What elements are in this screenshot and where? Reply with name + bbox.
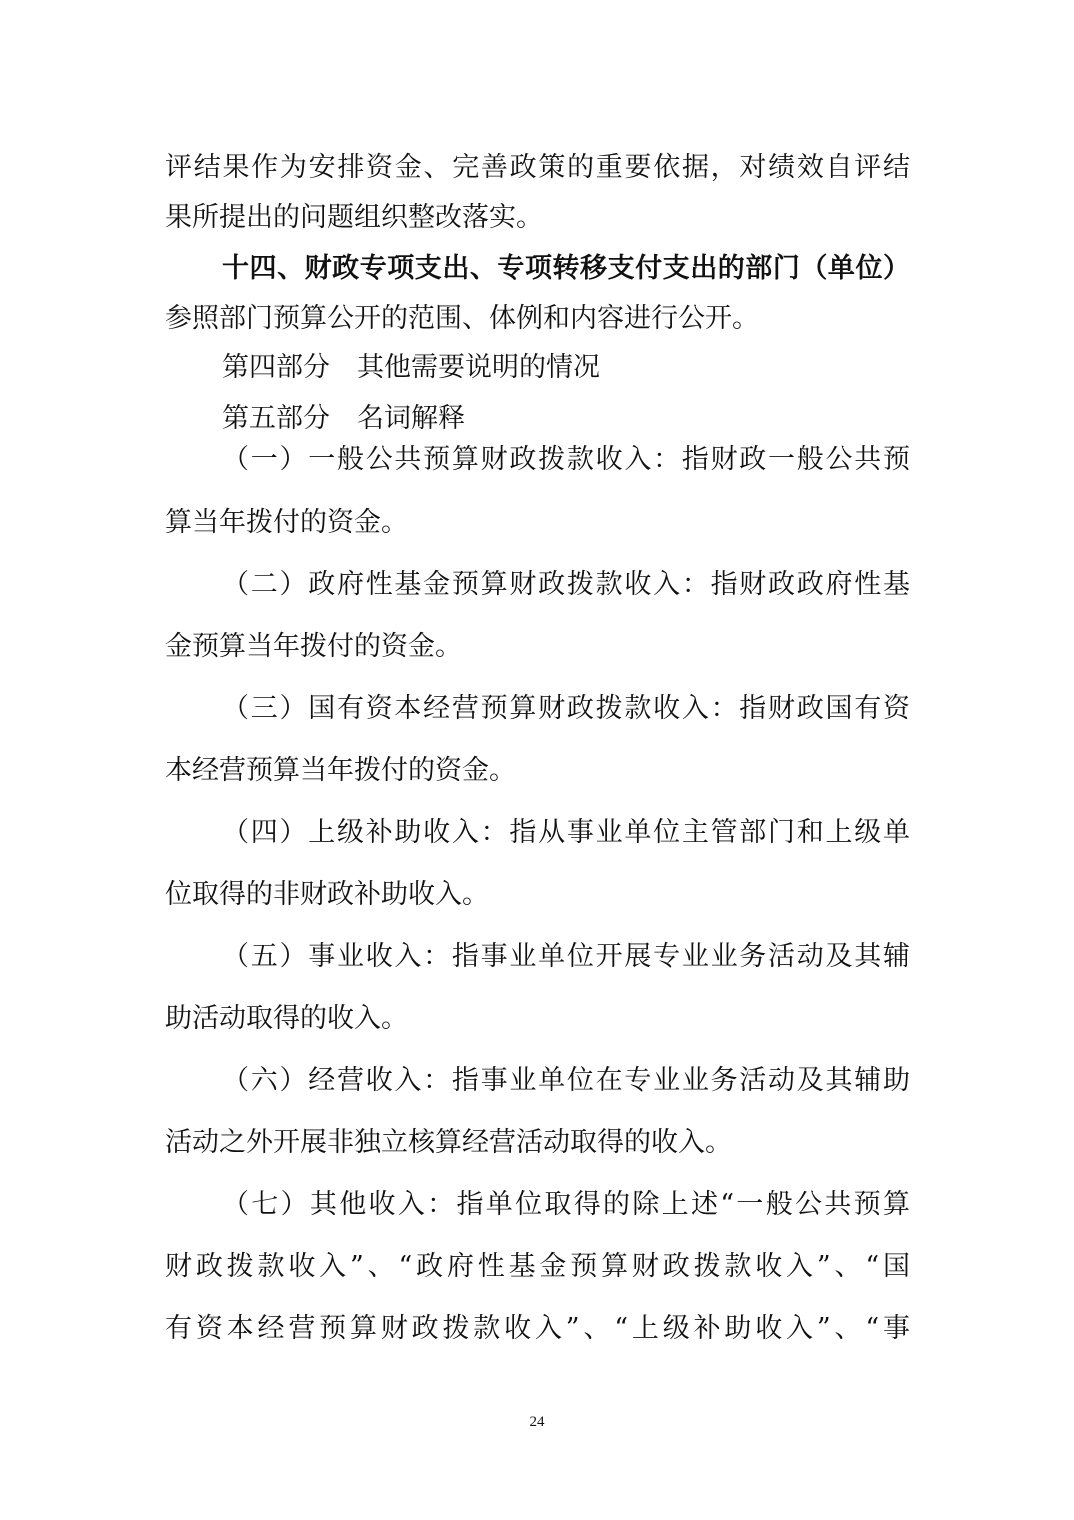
term-7-cont: 有资本经营预算财政拨款收入”、“上级补助收入”、“事 xyxy=(165,1306,910,1345)
part-four-heading: 第四部分 其他需要说明的情况 xyxy=(222,345,910,384)
term-1-cont: 算当年拨付的资金。 xyxy=(165,500,910,539)
term-1: （一）一般公共预算财政拨款收入：指财政一般公共预 xyxy=(222,437,910,476)
term-3-cont: 本经营预算当年拨付的资金。 xyxy=(165,748,910,787)
term-6: （六）经营收入：指事业单位在专业业务活动及其辅助 xyxy=(222,1058,910,1097)
term-5: （五）事业收入：指事业单位开展专业业务活动及其辅 xyxy=(222,934,910,973)
term-4-cont: 位取得的非财政补助收入。 xyxy=(165,872,910,911)
term-4: （四）上级补助收入：指从事业单位主管部门和上级单 xyxy=(222,810,910,849)
term-6-cont: 活动之外开展非独立核算经营活动取得的收入。 xyxy=(165,1120,910,1159)
term-5-cont: 助活动取得的收入。 xyxy=(165,996,910,1035)
paragraph-line: 评结果作为安排资金、完善政策的重要依据，对绩效自评结 xyxy=(165,145,910,184)
paragraph-line: 果所提出的问题组织整改落实。 xyxy=(165,195,910,234)
term-7-cont: 财政拨款收入”、“政府性基金预算财政拨款收入”、“国 xyxy=(165,1244,910,1283)
section-heading-14: 十四、财政专项支出、专项转移支付支出的部门（单位） xyxy=(222,246,910,285)
part-five-heading: 第五部分 名词解释 xyxy=(222,396,910,435)
term-2-cont: 金预算当年拨付的资金。 xyxy=(165,624,910,663)
page-number: 24 xyxy=(0,1414,1074,1431)
section-heading-14-cont: 参照部门预算公开的范围、体例和内容进行公开。 xyxy=(165,296,910,335)
term-7: （七）其他收入：指单位取得的除上述“一般公共预算 xyxy=(222,1182,910,1221)
term-2: （二）政府性基金预算财政拨款收入：指财政政府性基 xyxy=(222,562,910,601)
term-3: （三）国有资本经营预算财政拨款收入：指财政国有资 xyxy=(222,686,910,725)
